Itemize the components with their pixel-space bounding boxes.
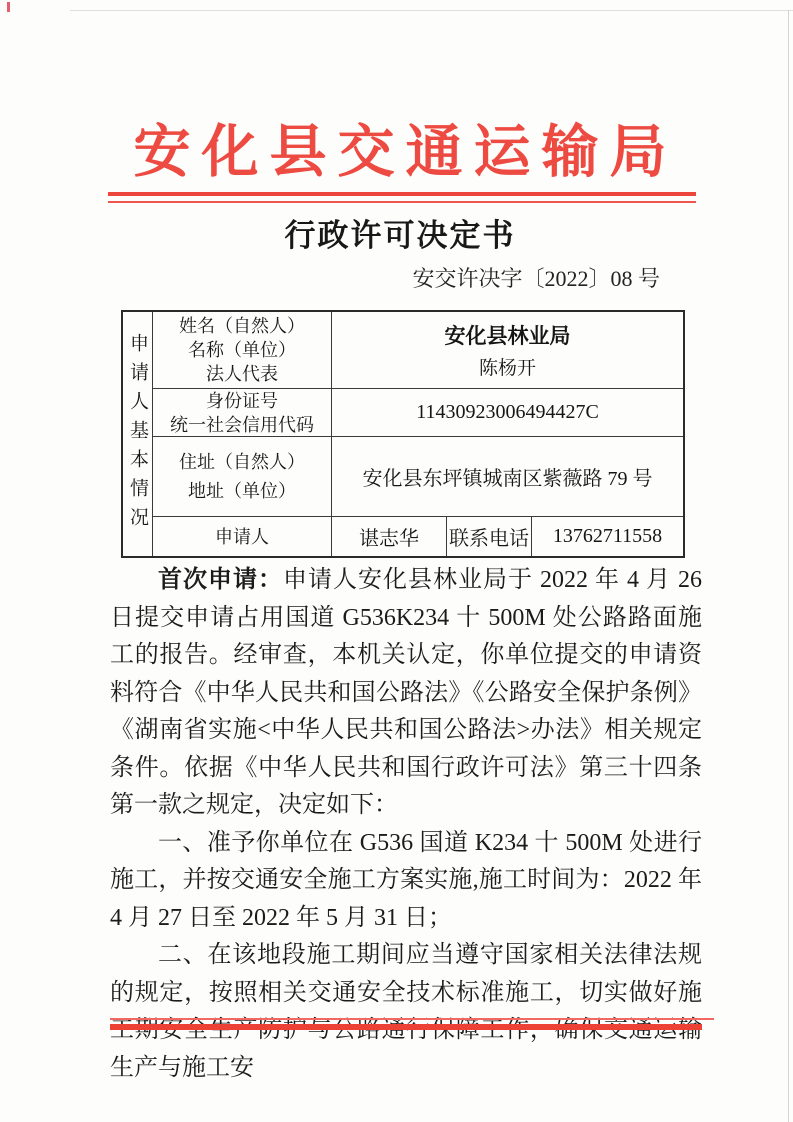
- phone-number: 13762711558: [532, 517, 683, 556]
- table-row-applicant: 申请人 谌志华 联系电话 13762711558: [153, 517, 683, 556]
- legal-representative: 陈杨开: [479, 353, 536, 380]
- name-row-value: 安化县林业局 陈杨开: [332, 312, 683, 388]
- paragraph-text: 申请人安化县林业局于 2022 年 4 月 26 日提交申请占用国道 G536K…: [110, 567, 702, 818]
- scan-edge-right: [788, 10, 789, 1122]
- applicant-table-side-label: 申请人基本情况: [123, 312, 153, 556]
- header-rule-thick: [108, 192, 696, 196]
- document-body: 首次申请：申请人安化县林业局于 2022 年 4 月 26 日提交申请占用国道 …: [110, 562, 702, 1087]
- applicant-row-label: 申请人: [153, 517, 332, 556]
- red-corner-mark: [7, 2, 10, 12]
- document-type-title: 行政许可决定书: [100, 210, 700, 255]
- label-line: 法人代表: [206, 362, 278, 386]
- side-label-text: 申请人基本情况: [128, 333, 147, 536]
- applicant-table-rows: 姓名（自然人） 名称（单位） 法人代表 安化县林业局 陈杨开 身份证号 统一社会…: [153, 312, 683, 556]
- address-row-label: 住址（自然人） 地址（单位）: [153, 437, 332, 516]
- table-row-name: 姓名（自然人） 名称（单位） 法人代表 安化县林业局 陈杨开: [153, 312, 683, 389]
- id-row-label: 身份证号 统一社会信用代码: [153, 389, 332, 436]
- applicant-name: 谌志华: [332, 517, 447, 556]
- applicant-org-name: 安化县林业局: [445, 320, 571, 350]
- label-line: 统一社会信用代码: [170, 413, 314, 437]
- name-row-label: 姓名（自然人） 名称（单位） 法人代表: [153, 312, 332, 388]
- scan-edge-top: [70, 10, 793, 11]
- scanned-document-page: 安化县交通运输局 行政许可决定书 安交许决字〔2022〕08 号 申请人基本情况…: [0, 0, 793, 1122]
- header-rule-thin: [108, 201, 696, 203]
- label-line: 姓名（自然人）: [179, 314, 305, 338]
- bottom-rule-thin: [110, 1018, 714, 1020]
- document-number: 安交许决字〔2022〕08 号: [110, 262, 700, 293]
- paragraph-first-application: 首次申请：申请人安化县林业局于 2022 年 4 月 26 日提交申请占用国道 …: [110, 562, 702, 825]
- label-line: 身份证号: [206, 389, 278, 413]
- table-row-id: 身份证号 统一社会信用代码 11430923006494427C: [153, 389, 683, 437]
- paragraph-decision-2: 二、在该地段施工期间应当遵守国家相关法律法规的规定，按照相关交通安全技术标准施工…: [110, 937, 702, 1087]
- paragraph-decision-1: 一、准予你单位在 G536 国道 K234 十 500M 处进行施工，并按交通安…: [110, 825, 702, 938]
- paragraph-lead: 首次申请：: [158, 567, 283, 593]
- table-row-address: 住址（自然人） 地址（单位） 安化县东坪镇城南区紫薇路 79 号: [153, 437, 683, 517]
- label-line: 地址（单位）: [188, 477, 296, 506]
- address-value: 安化县东坪镇城南区紫薇路 79 号: [332, 437, 683, 516]
- label-line: 名称（单位）: [188, 338, 296, 362]
- label-line: 住址（自然人）: [179, 448, 305, 477]
- bottom-rule-thick: [110, 1024, 702, 1030]
- agency-title: 安化县交通运输局: [100, 106, 700, 188]
- applicant-info-table: 申请人基本情况 姓名（自然人） 名称（单位） 法人代表 安化县林业局 陈杨开 身…: [121, 310, 685, 558]
- credit-code-value: 11430923006494427C: [332, 389, 683, 436]
- phone-label: 联系电话: [447, 517, 532, 556]
